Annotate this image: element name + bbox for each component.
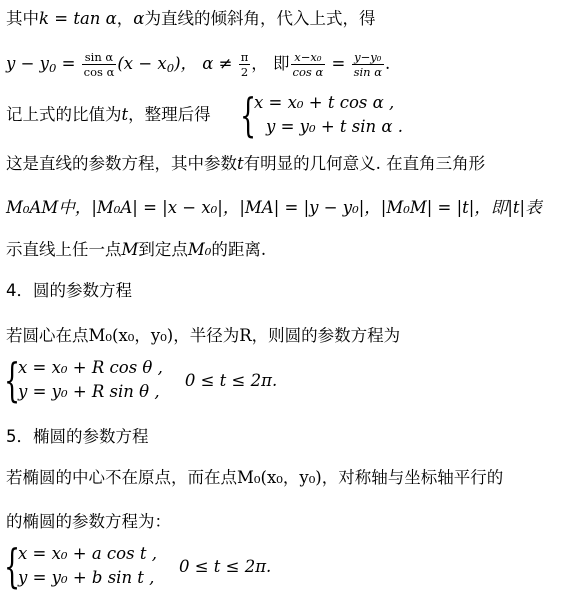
section-intro: 若椭圆的中心不在原点，而在点M₀(x₀，y₀)，对称轴与坐标轴平行的 <box>6 467 503 489</box>
line-point-slope: y − y0 = sin αcos α(x − x0)， α ≠ π2， 即x−… <box>6 50 390 79</box>
text: ， <box>117 9 134 28</box>
line-param-system: { x = x₀ + t cos α , y = y₀ + t sin α . <box>240 91 403 139</box>
equation-y: y = y₀ + R sin θ , <box>18 380 163 404</box>
section-heading: 5．椭圆的参数方程 <box>6 426 149 448</box>
equation-x: x = x₀ + a cos t , <box>18 542 157 566</box>
equation-y: y = y₀ + t sin α . <box>254 115 403 139</box>
fraction-x-cos: x−x₀cos α <box>291 50 326 79</box>
math-lhs: y − y0 <box>6 54 56 73</box>
line-tan-alpha: 其中k = tan α，α为直线的倾斜角，代入上式，得 <box>6 8 375 30</box>
section-intro: 若圆心在点M₀(x₀，y₀)，半径为R，则圆的参数方程为 <box>6 325 400 347</box>
math-paren: (x − x0)， <box>117 54 197 73</box>
equation-x: x = x₀ + R cos θ , <box>18 356 163 380</box>
math-alpha: α <box>133 9 144 28</box>
fraction-pi-2: π2 <box>239 50 251 79</box>
equation-y: y = y₀ + b sin t , <box>18 566 157 590</box>
line-ratio-t: 记上式的比值为t，整理后得 <box>6 104 211 126</box>
range: 0 ≤ t ≤ 2π. <box>185 371 277 390</box>
section-heading: 4．圆的参数方程 <box>6 280 132 302</box>
brace-icon: { <box>4 357 12 403</box>
range: 0 ≤ t ≤ 2π. <box>179 557 271 576</box>
fraction-y-sin: y−y₀sin α <box>352 50 384 79</box>
fraction-sin-cos: sin αcos α <box>82 50 117 79</box>
equation-x: x = x₀ + t cos α , <box>254 91 403 115</box>
brace-icon: { <box>4 543 12 589</box>
math-condition: α ≠ <box>202 54 237 73</box>
text: 即 <box>273 54 290 73</box>
text: 为直线的倾斜角，代入上式，得 <box>144 9 375 28</box>
text: 其中 <box>6 9 39 28</box>
section-intro-cont: 的椭圆的参数方程为： <box>6 511 171 533</box>
brace-icon: { <box>240 92 248 138</box>
math-k-tan: k = tan α <box>39 9 117 28</box>
